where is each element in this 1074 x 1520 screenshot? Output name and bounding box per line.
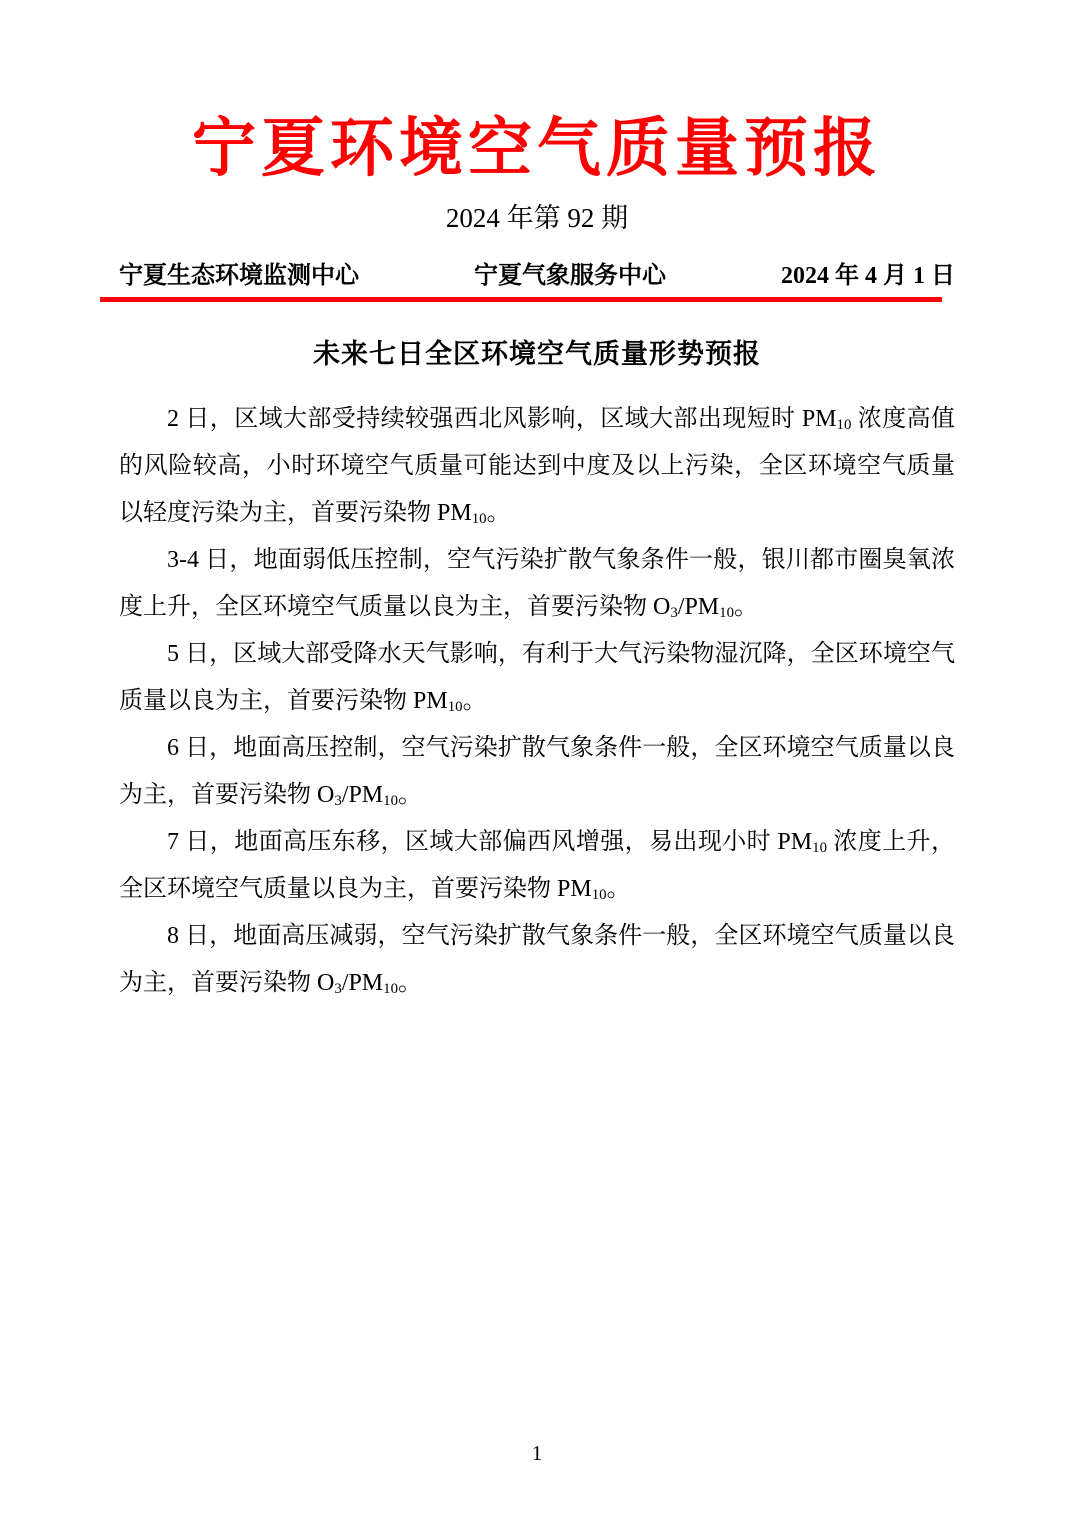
agency-weather-center: 宁夏气象服务中心 [474, 263, 666, 289]
issue-number: 2024 年第 92 期 [119, 204, 955, 234]
header-row: 宁夏生态环境监测中心 宁夏气象服务中心 2024 年 4 月 1 日 [119, 263, 955, 289]
forecast-paragraph: 7 日，地面高压东移，区域大部偏西风增强，易出现小时 PM10 浓度上升，全区环… [119, 819, 955, 913]
forecast-paragraph: 6 日，地面高压控制，空气污染扩散气象条件一般，全区环境空气质量以良为主，首要污… [119, 725, 955, 819]
forecast-paragraph: 2 日，区域大部受持续较强西北风影响，区域大部出现短时 PM10 浓度高值的风险… [119, 396, 955, 537]
page-footer: 1 [0, 1443, 1074, 1464]
forecast-paragraph: 8 日，地面高压减弱，空气污染扩散气象条件一般，全区环境空气质量以良为主，首要污… [119, 913, 955, 1007]
agency-monitoring-center: 宁夏生态环境监测中心 [119, 263, 359, 289]
forecast-paragraph: 3-4 日，地面弱低压控制，空气污染扩散气象条件一般，银川都市圈臭氧浓度上升，全… [119, 537, 955, 631]
issue-date: 2024 年 4 月 1 日 [781, 263, 955, 289]
page-number: 1 [532, 1441, 543, 1465]
red-divider-line [100, 297, 942, 302]
section-title: 未来七日全区环境空气质量形势预报 [119, 338, 955, 370]
forecast-paragraphs: 2 日，区域大部受持续较强西北风影响，区域大部出现短时 PM10 浓度高值的风险… [119, 396, 955, 1007]
forecast-paragraph: 5 日，区域大部受降水天气影响，有利于大气污染物湿沉降，全区环境空气质量以良为主… [119, 631, 955, 725]
document-page: 宁夏环境空气质量预报 2024 年第 92 期 宁夏生态环境监测中心 宁夏气象服… [0, 0, 1074, 1520]
document-title: 宁夏环境空气质量预报 [119, 0, 955, 186]
